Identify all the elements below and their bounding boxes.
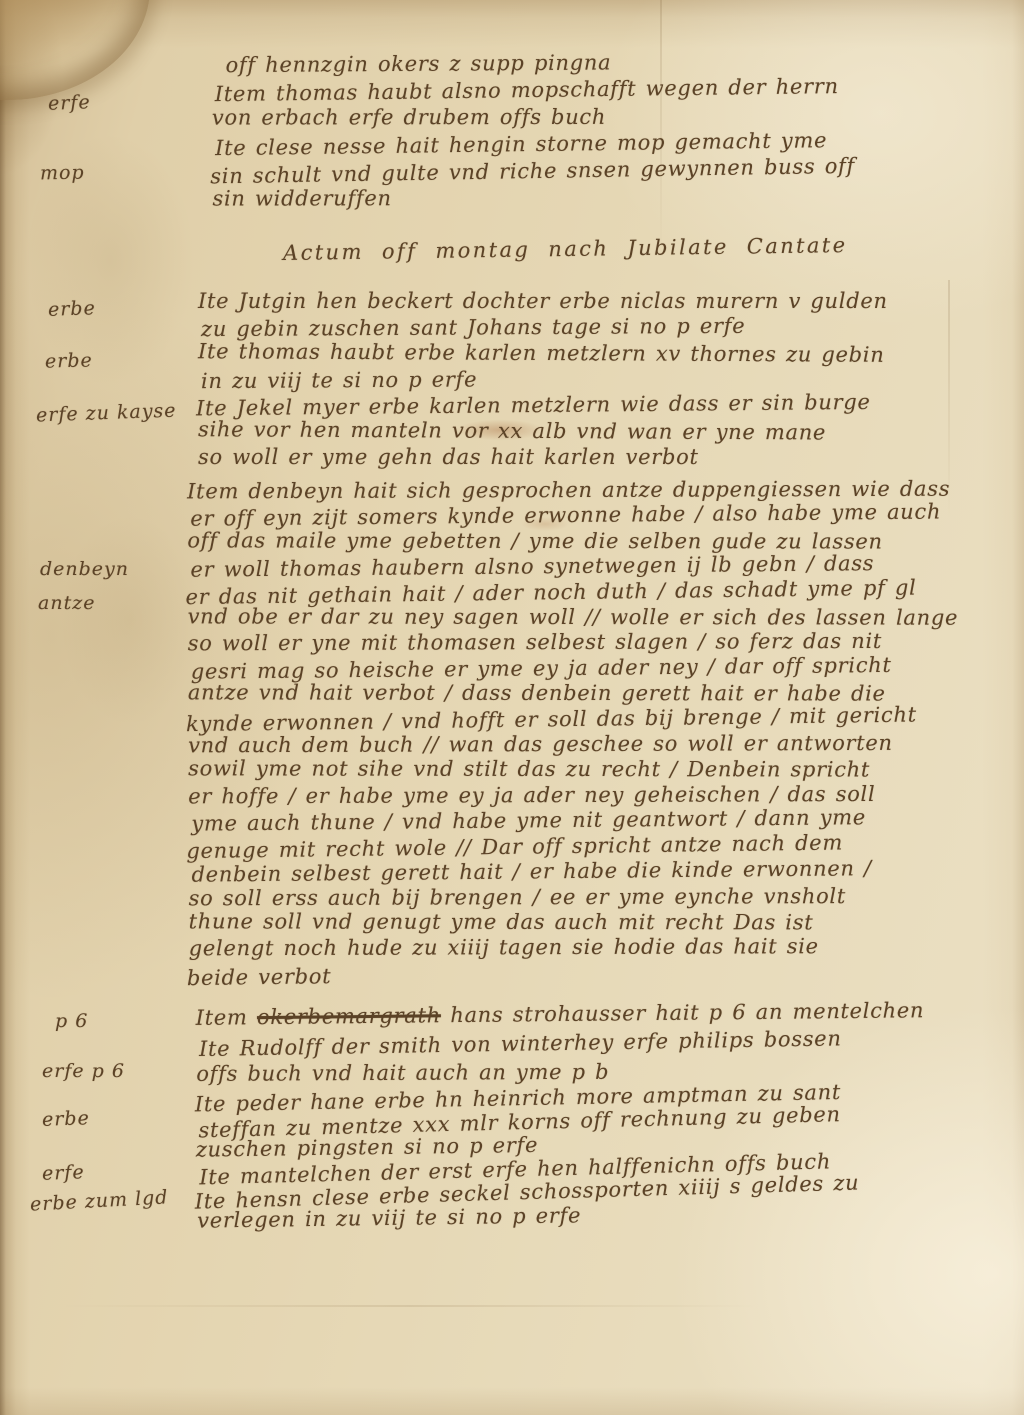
manuscript-line: so woll er yme gehn das hait karlen verb… <box>198 444 888 470</box>
margin-note-erfe-p6: erfe p 6 <box>42 1060 125 1082</box>
margin-note-p6: p 6 <box>55 1010 88 1032</box>
margin-note-erbe-1: erbe <box>48 297 96 321</box>
entry-block-bottom: Ite peder hane erbe hn heinrich more amp… <box>195 1081 862 1235</box>
struck-text: okerbemargrath <box>257 1003 441 1029</box>
margin-note-erfe-zu-kayse: erfe zu kayse <box>36 400 177 427</box>
entry-date-heading: Actum off montag nach Jubilate Cantate <box>283 233 848 265</box>
margin-note-erbe-zum-lgd: erbe zum lgd <box>30 1186 169 1215</box>
paper-wrinkle <box>60 1305 760 1307</box>
margin-note-erfe-2b: erfe <box>42 1161 85 1184</box>
margin-note-mop: mop <box>40 162 85 185</box>
entry-block-top: off hennzgin okers z supp pingnaItem tho… <box>211 48 857 214</box>
entry-block-dispute: Item denbeyn hait sich gesprochen antze … <box>187 477 959 988</box>
manuscript-line: vnd obe er dar zu ney sagen woll // woll… <box>188 604 959 631</box>
margin-note-erfe-1: erfe <box>48 91 91 114</box>
manuscript-line: sowil yme not sihe vnd stilt das zu rech… <box>188 757 959 784</box>
entry-block-after-heading: Ite Jutgin hen beckert dochter erbe nicl… <box>198 288 888 470</box>
margin-note-denbeyn: denbeyn <box>40 558 129 580</box>
manuscript-line: thune soll vnd genugt yme das auch mit r… <box>189 909 960 936</box>
manuscript-line: Ite Jutgin hen beckert dochter erbe nicl… <box>198 288 888 314</box>
margin-note-antze: antze <box>38 592 95 614</box>
line-text: hans strohausser hait p 6 an mentelchen <box>441 998 925 1027</box>
entry-block-strohausser: Item okerbemargrath hans strohausser hai… <box>196 996 925 1091</box>
page-corner-fold <box>0 0 150 100</box>
manuscript-page: erfe mop erbe erbe erfe zu kayse denbeyn… <box>0 0 1024 1415</box>
margin-note-erbe-2: erbe <box>45 349 93 372</box>
manuscript-line: so soll erss auch bij brengen / ee er ym… <box>189 883 960 911</box>
line-text: Item <box>196 1005 258 1030</box>
manuscript-line: sihe vor hen manteln vor xx alb vnd wan … <box>198 416 888 446</box>
manuscript-line: zu gebin zuschen sant Johans tage si no … <box>201 312 891 342</box>
margin-note-erbe-3: erbe <box>42 1107 90 1131</box>
manuscript-line: sin widderuffen <box>212 184 857 212</box>
manuscript-line: Ite thomas haubt erbe karlen metzlern xv… <box>198 338 888 368</box>
